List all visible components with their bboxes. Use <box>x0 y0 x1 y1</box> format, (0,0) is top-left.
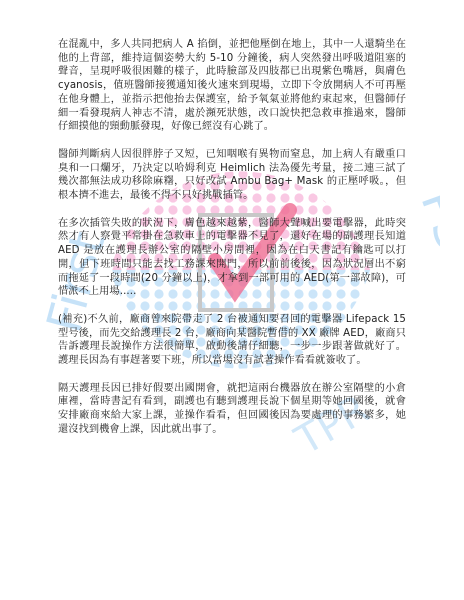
paragraph-5: 隔天護理長因已排好假要出國開會，就把這兩台機器放在辦公室隔壁的小倉庫裡，當時書記… <box>58 382 406 437</box>
paragraph-1: 在混亂中，多人共同把病人 A 掐倒，並把他壓倒在地上，其中一人還騎坐在他的上背部… <box>58 38 406 134</box>
document-body: 在混亂中，多人共同把病人 A 掐倒，並把他壓倒在地上，其中一人還騎坐在他的上背部… <box>58 38 406 451</box>
paragraph-3: 在多次插管失敗的狀況下，膚色越來越紫，醫師大聲喊出要電擊器，此時突然才有人察覺平… <box>58 217 406 299</box>
paragraph-4: (補充)不久前，廠商曾來院帶走了 2 台被通知要召回的電擊器 Lifepack … <box>58 313 406 368</box>
paragraph-2: 醫師判斷病人因很胖脖子又短，已知咽喉有異物而窒息，加上病人有嚴重口臭和一口爛牙，… <box>58 148 406 203</box>
svg-text:PSCC: PSCC <box>409 182 440 320</box>
